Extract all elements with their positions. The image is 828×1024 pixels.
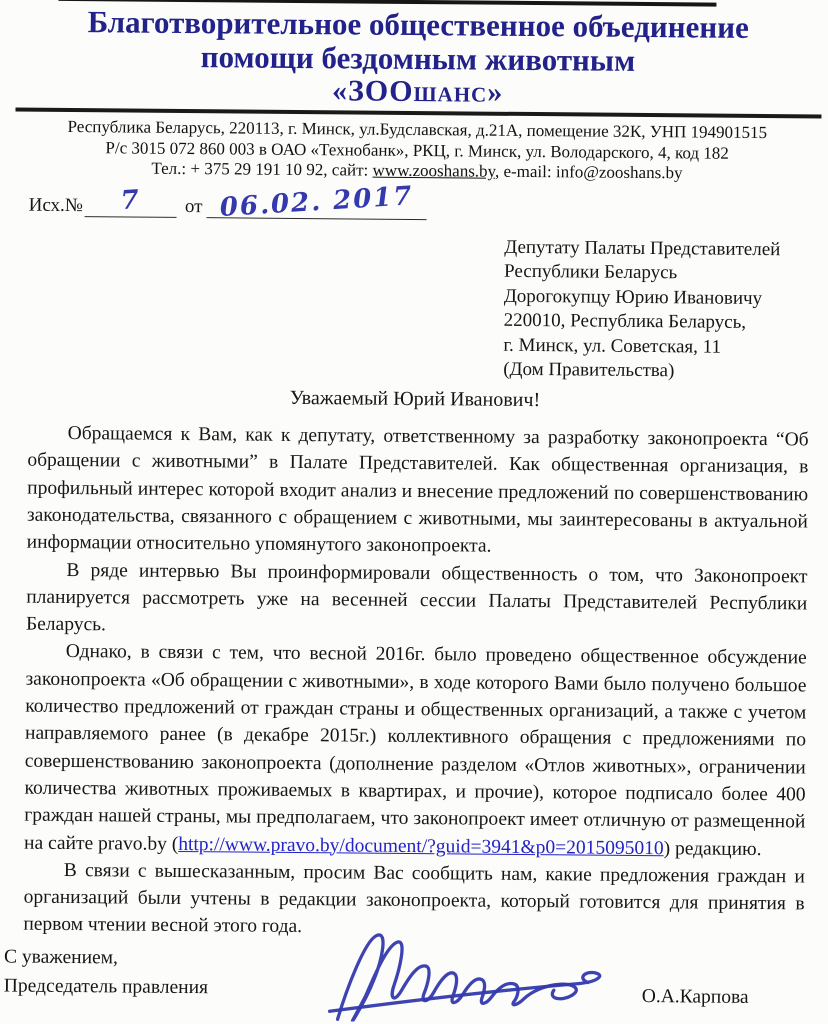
closing-block: С уважением, Председатель правления	[4, 942, 209, 1002]
letter-body: Обращаемся к Вам, как к депутату, ответс…	[23, 420, 808, 945]
signer-name: О.А.Карпова	[642, 986, 749, 1009]
recipient-line: 220010, Республика Беларусь,	[504, 309, 812, 336]
paragraph-1: Обращаемся к Вам, как к депутату, ответс…	[27, 420, 809, 563]
ref-date-field: 06.02. 2017	[206, 193, 426, 220]
paragraph-2: В ряде интервью Вы проинформировали обще…	[26, 556, 808, 645]
recipient-line: Республики Беларусь	[504, 260, 812, 287]
org-name-line3: «ЗООшанс»	[4, 72, 828, 111]
recipient-line: Дорогокупцу Юрию Ивановичу	[504, 284, 812, 311]
phone-and-site-label: Тел.: + 375 29 191 10 92, сайт:	[151, 159, 372, 180]
closing-line1: С уважением,	[4, 942, 208, 973]
letter-sheet: Благотворительное общественное объединен…	[0, 0, 828, 1024]
paragraph-3-text: Однако, в связи с тем, что весной 2016г.…	[24, 641, 807, 854]
pravo-by-link[interactable]: http://www.pravo.by/document/?guid=3941&…	[178, 833, 664, 858]
recipient-line: г. Минск, ул. Советская, 11	[503, 334, 811, 361]
salutation: Уважаемый Юрий Иванович!	[1, 383, 828, 414]
ref-label: Исх.№	[29, 194, 83, 215]
email-label: , e-mail: info@zooshans.by	[495, 162, 683, 183]
scanned-letter-page: Благотворительное общественное объединен…	[0, 0, 828, 1024]
paragraph-3: Однако, в связи с тем, что весной 2016г.…	[24, 638, 807, 863]
outgoing-ref-line: Исх.№7от06.02. 2017	[29, 191, 828, 223]
recipient-block: Депутату Палаты Представителей Республик…	[503, 235, 812, 385]
recipient-line: Депутату Палаты Представителей	[504, 235, 812, 262]
recipient-line: (Дом Правительства)	[503, 358, 811, 385]
site-link: www.zooshans.by	[372, 161, 495, 181]
ref-number-handwritten: 7	[120, 189, 141, 210]
handwritten-signature	[324, 925, 625, 1024]
ref-number-field: 7	[85, 192, 177, 218]
ref-date-handwritten: 06.02. 2017	[219, 186, 414, 218]
paragraph-3-tail: ) редакцию.	[664, 838, 762, 860]
closing-line2: Председатель правления	[4, 971, 208, 1002]
ref-from-label: от	[185, 195, 203, 216]
letterhead: Благотворительное общественное объединен…	[3, 4, 828, 185]
org-name-line1: Благотворительное общественное объединен…	[4, 4, 828, 45]
